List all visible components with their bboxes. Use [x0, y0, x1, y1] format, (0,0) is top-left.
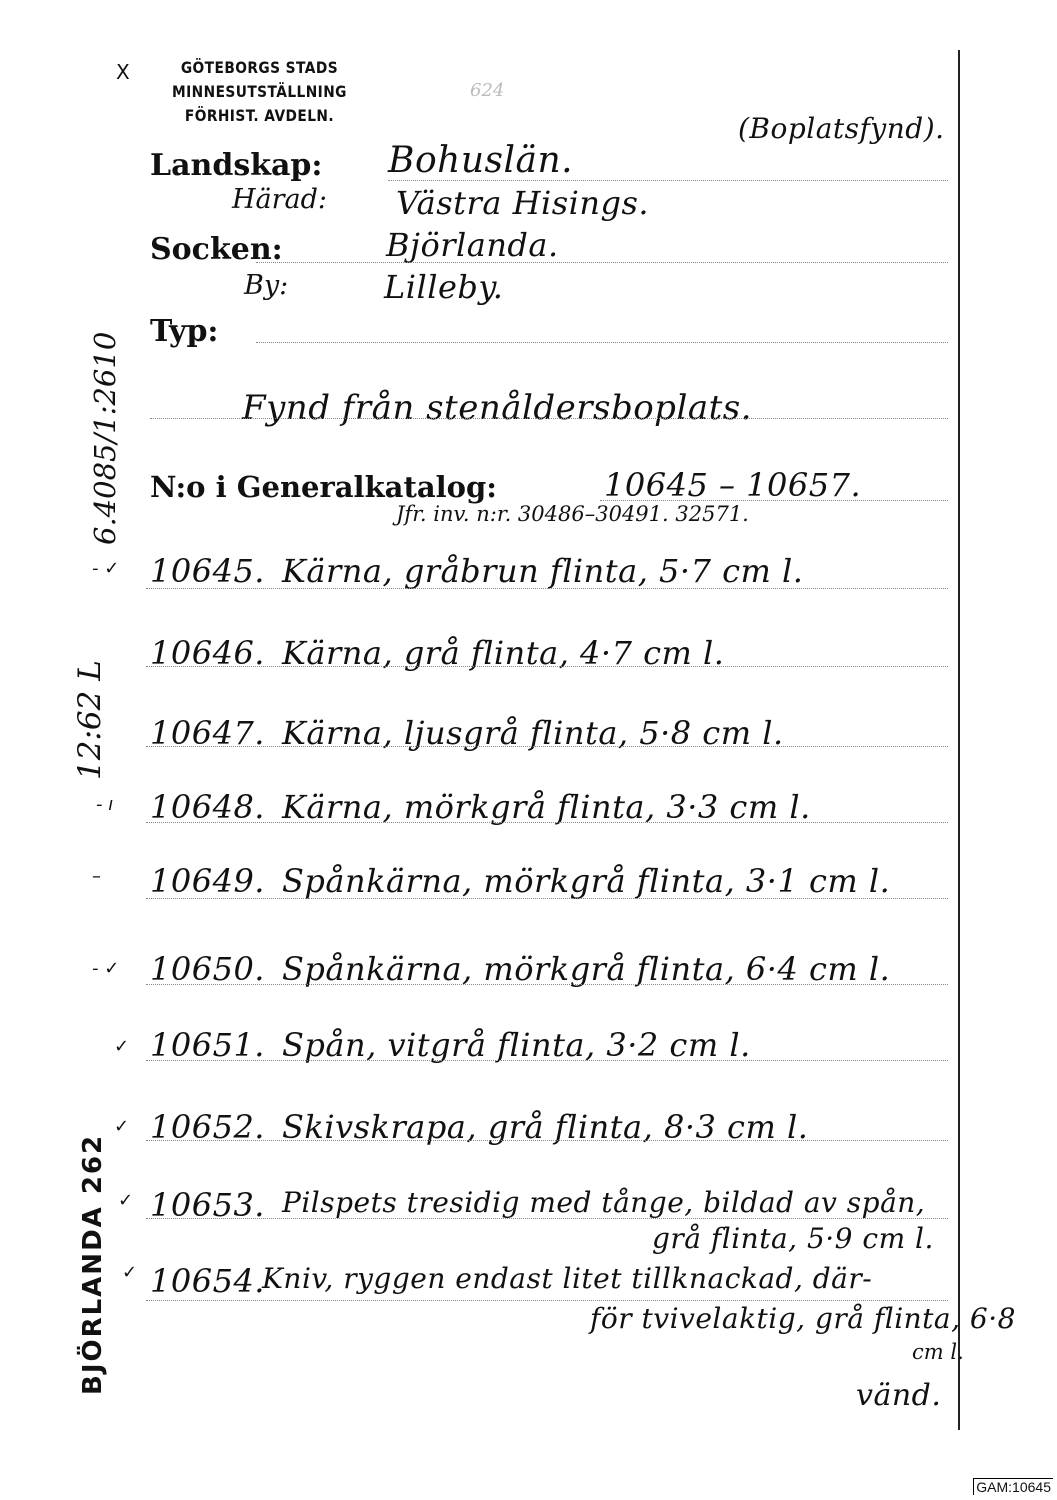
entry-number: 10649.	[150, 862, 265, 900]
entry-number: 10651.	[150, 1026, 265, 1064]
footer-id: GAM:10645	[973, 1478, 1053, 1495]
by-label: By:	[244, 270, 288, 301]
landskap-value: Bohuslän.	[388, 140, 573, 181]
entry-text-continued: för tvivelaktig, grå flinta, 6·8	[590, 1302, 1016, 1335]
typ-line-2	[150, 418, 948, 419]
entry-mark: - ✓	[92, 558, 119, 579]
catalog-label: N:o i Generalkatalog:	[150, 470, 497, 504]
margin-note-bottom: BJÖRLANDA 262	[78, 1134, 108, 1395]
entry-line	[146, 588, 948, 589]
stamp-line-3: FÖRHIST. AVDELN.	[172, 104, 347, 128]
entry-line	[146, 746, 948, 747]
entry-mark: ✓	[114, 1116, 129, 1137]
entry-mark: ✓	[114, 1036, 129, 1057]
entry-line	[146, 1140, 948, 1141]
stamp-line-2: MINNESUTSTÄLLNING	[172, 80, 347, 104]
category-note: (Boplatsfynd).	[738, 112, 945, 145]
margin-note-top: 6.4085/1:2610	[88, 332, 122, 545]
entry-number: 10645.	[150, 552, 265, 590]
entry-text-turn-over: vänd.	[856, 1378, 941, 1413]
landskap-label: Landskap:	[150, 148, 323, 183]
museum-stamp: GÖTEBORGS STADS MINNESUTSTÄLLNING FÖRHIS…	[172, 56, 347, 128]
entry-text: Spån, vitgrå flinta, 3·2 cm l.	[282, 1026, 751, 1064]
landskap-line	[388, 180, 948, 181]
entry-text: Kniv, ryggen endast litet tillknackad, d…	[262, 1262, 872, 1295]
socken-line	[256, 262, 948, 263]
entry-line	[146, 1060, 948, 1061]
entry-number: 10648.	[150, 788, 265, 826]
inventory-reference: Jfr. inv. n:r. 30486–30491. 32571.	[396, 502, 749, 526]
socken-value: Björlanda.	[386, 226, 559, 264]
harad-label: Härad:	[232, 184, 327, 215]
right-border-line	[958, 50, 960, 1430]
typ-value: Fynd från stenåldersboplats.	[242, 388, 752, 428]
entry-mark: ✓	[122, 1262, 137, 1283]
entry-text: Spånkärna, mörkgrå flinta, 3·1 cm l.	[282, 862, 890, 900]
entry-mark: - ı	[96, 794, 113, 815]
catalog-line	[600, 500, 948, 501]
entry-text: Kärna, gråbrun flinta, 5·7 cm l.	[282, 552, 803, 590]
entry-mark: –	[92, 866, 101, 887]
entry-number: 10650.	[150, 950, 265, 988]
entry-text: Spånkärna, mörkgrå flinta, 6·4 cm l.	[282, 950, 890, 988]
typ-label: Typ:	[150, 314, 219, 349]
entry-mark: - ✓	[92, 958, 119, 979]
harad-value: Västra Hisings.	[396, 184, 649, 222]
entry-line	[146, 822, 948, 823]
entry-line	[146, 984, 948, 985]
entry-text-continued: grå flinta, 5·9 cm l.	[652, 1222, 934, 1255]
entry-text-unit: cm l.	[912, 1340, 964, 1364]
stamp-line-1: GÖTEBORGS STADS	[172, 56, 347, 80]
entry-number: 10654.	[150, 1262, 265, 1300]
entry-line	[146, 898, 948, 899]
catalog-value: 10645 – 10657.	[604, 466, 861, 504]
faint-pencil-number: 624	[470, 80, 504, 101]
entry-text: Pilspets tresidig med tånge, bildad av s…	[282, 1186, 925, 1219]
entry-line	[146, 1218, 948, 1219]
entry-line	[146, 1300, 948, 1301]
entry-line	[146, 666, 948, 667]
corner-x-mark: X	[116, 60, 130, 84]
entry-mark: ✓	[118, 1190, 133, 1211]
entry-text: Kärna, mörkgrå flinta, 3·3 cm l.	[282, 788, 811, 826]
typ-line-1	[256, 342, 948, 343]
margin-note-middle: 12:62 L	[72, 660, 108, 780]
by-value: Lilleby.	[384, 268, 503, 306]
